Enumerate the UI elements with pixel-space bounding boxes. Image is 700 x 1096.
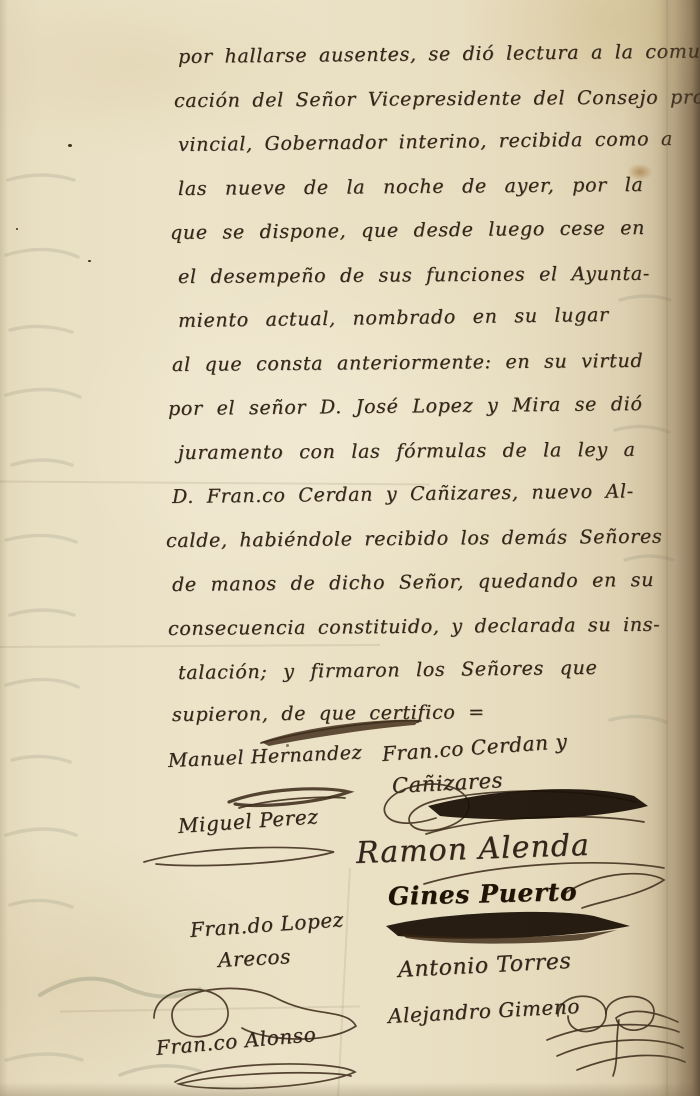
signature-manuel-hernandez: Manuel Hernandez bbox=[168, 742, 363, 772]
page-gutter-shadow bbox=[650, 0, 700, 1096]
ink-speck bbox=[68, 144, 72, 147]
signature-miguel-perez: Miguel Perez bbox=[177, 804, 319, 838]
manuscript-line: miento actual, nombrado en su lugar bbox=[178, 304, 609, 332]
manuscript-line: vincial, Gobernador interino, recibida c… bbox=[178, 128, 673, 156]
signature-flourish bbox=[535, 1012, 690, 1082]
paper-crease bbox=[337, 868, 351, 1096]
signature-francisco-alonso: Fran.co Alonso bbox=[155, 1022, 317, 1060]
manuscript-line: que se dispone, que desde luego cese en bbox=[170, 217, 645, 244]
page-bottom-shadow bbox=[0, 1082, 700, 1096]
signature-antonio-torres: Antonio Torres bbox=[397, 949, 572, 983]
paper-crease bbox=[0, 644, 380, 648]
manuscript-line: D. Fran.co Cerdan y Cañizares, nuevo Al- bbox=[172, 480, 634, 508]
paper-crease bbox=[60, 1005, 360, 1012]
signature-gines-puerto: Gines Puerto bbox=[388, 877, 578, 911]
manuscript-line: el desempeño de sus funciones el Ayunta- bbox=[178, 263, 650, 288]
page-left-shadow bbox=[0, 0, 8, 1096]
manuscript-line: de manos de dicho Señor, quedando en su bbox=[172, 569, 654, 596]
ink-speck bbox=[16, 228, 18, 230]
manuscript-line: talación; y firmaron los Señores que bbox=[178, 657, 598, 684]
manuscript-line: juramento con las fórmulas de la ley a bbox=[178, 439, 636, 464]
manuscript-line: las nueve de la noche de ayer, por la bbox=[178, 174, 644, 200]
ink-blot bbox=[382, 908, 637, 944]
manuscript-line: por hallarse ausentes, se dió lectura a … bbox=[178, 40, 700, 68]
signature-francisco-lopez: Fran.do Lopez bbox=[189, 907, 344, 942]
signature-flourish bbox=[140, 842, 340, 870]
ink-speck bbox=[88, 260, 91, 262]
signature-ramon-alenda: Ramon Alenda bbox=[355, 828, 590, 871]
page-edge-crease bbox=[666, 0, 668, 1096]
manuscript-line: consecuencia constituido, y declarada su… bbox=[168, 614, 661, 640]
signature-flourish bbox=[155, 1058, 375, 1096]
manuscript-line: calde, habiéndole recibido los demás Señ… bbox=[166, 526, 663, 552]
manuscript-line: cación del Señor Vicepresidente del Cons… bbox=[174, 86, 700, 112]
signature-alejandro-gimeno: Alejandro Gimeno bbox=[387, 994, 580, 1028]
signature-canizares: Cañizares bbox=[391, 768, 503, 798]
manuscript-line: al que consta anteriormente: en su virtu… bbox=[172, 350, 644, 376]
manuscript-page: por hallarse ausentes, se dió lectura a … bbox=[0, 0, 700, 1096]
signature-lopez-arecos: Arecos bbox=[217, 944, 291, 972]
manuscript-line: por el señor D. José Lopez y Mira se dió bbox=[168, 393, 643, 420]
signature-francisco-cerdan: Fran.co Cerdan y bbox=[381, 729, 568, 766]
manuscript-line: supieron, de que certifico = bbox=[172, 701, 485, 726]
